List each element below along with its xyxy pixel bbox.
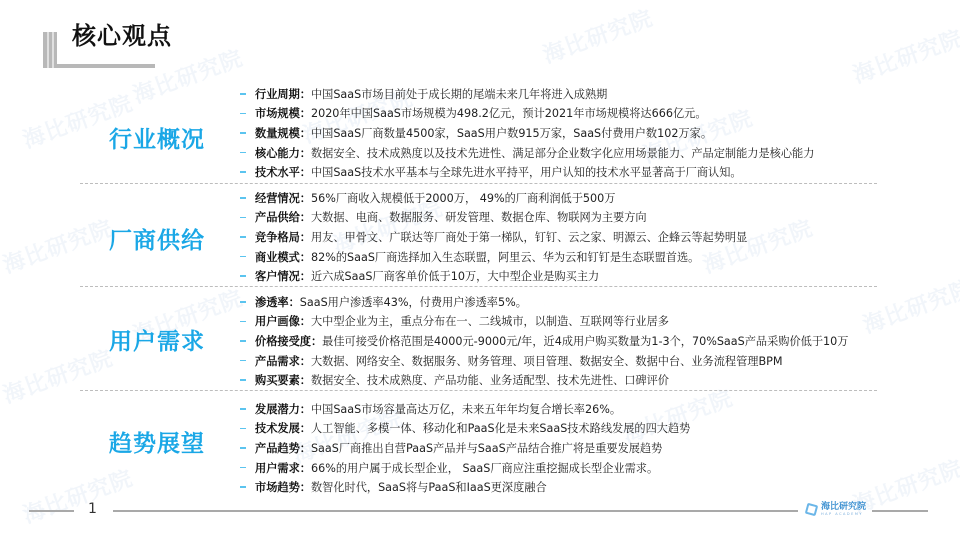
dash-bullet-icon (240, 379, 246, 381)
logo-cube-icon (805, 503, 818, 516)
watermark: 海比研究院 (858, 271, 960, 339)
bullet-list: 渗透率：SaaS用户渗透率43%，付费用户渗透率5%。 用户画像：大中型企业为主… (238, 292, 849, 390)
dash-bullet-icon (240, 132, 246, 134)
dash-bullet-icon (240, 340, 246, 342)
dash-bullet-icon (240, 152, 246, 154)
section-title: 用户需求 (102, 323, 212, 356)
list-item: 产品趋势： SaaS厂商推出自营PaaS产品并与SaaS产品结合推广将是重要发展… (238, 438, 690, 458)
list-item: 行业周期：中国SaaS市场目前处于成长期的尾端未来几年将进入成熟期 (238, 84, 814, 104)
dash-bullet-icon (240, 236, 246, 238)
bullet-list: 发展潜力：中国SaaS市场容量高达万亿，未来五年年均复合增长率26%。 技术发展… (238, 399, 690, 497)
list-item: 客户情况：近六成SaaS厂商客单价低于10万，大中型企业是购买主力 (238, 266, 747, 286)
list-item: 产品需求：大数据、网络安全、数据服务、财务管理、项目管理、数据安全、数据中台、业… (238, 351, 849, 371)
watermark: 海比研究院 (0, 211, 117, 279)
dashed-divider (80, 286, 877, 287)
list-item: 发展潜力：中国SaaS市场容量高达万亿，未来五年年均复合增长率26%。 (238, 399, 690, 419)
bullet-list: 行业周期：中国SaaS市场目前处于成长期的尾端未来几年将进入成熟期 市场规模： … (238, 84, 814, 182)
dash-bullet-icon (240, 217, 246, 219)
bullet-list: 经营情况： 56%厂商收入规模低于2000万， 49%的厂商利润低于500万 产… (238, 188, 747, 286)
list-item: 市场规模： 2020年中国SaaS市场规模为498.2亿元，预计2021年市场规… (238, 104, 814, 124)
list-item: 经营情况： 56%厂商收入规模低于2000万， 49%的厂商利润低于500万 (238, 188, 747, 208)
dash-bullet-icon (240, 275, 246, 277)
page-title: 核心观点 (72, 16, 172, 51)
list-item: 用户画像：大中型企业为主，重点分布在一、二线城市，以制造、互联网等行业居多 (238, 312, 849, 332)
dash-bullet-icon (240, 171, 246, 173)
list-item: 价格接受度： 最佳可接受价格范围是4000元-9000元/年，近4成用户购买数量… (238, 331, 849, 351)
watermark: 海比研究院 (18, 461, 137, 529)
list-item: 数量规模：中国SaaS厂商数量4500家，SaaS用户数915万家，SaaS付费… (238, 123, 814, 143)
list-item: 技术发展：人工智能、多模一体、移动化和PaaS化是未来SaaS技术路线发展的四大… (238, 419, 690, 439)
dash-bullet-icon (240, 428, 246, 430)
list-item: 渗透率：SaaS用户渗透率43%，付费用户渗透率5%。 (238, 292, 849, 312)
dash-bullet-icon (240, 447, 246, 449)
list-item: 竞争格局：用友、甲骨文、广联达等厂商处于第一梯队，钉钉、云之家、明源云、企蜂云等… (238, 227, 747, 247)
footer-line-right (872, 510, 928, 512)
list-item: 市场趋势：数智化时代，SaaS将与PaaS和IaaS更深度融合 (238, 477, 690, 497)
list-item: 技术水平：中国SaaS技术水平基本与全球先进水平持平，用户认知的技术水平显著高于… (238, 162, 814, 182)
list-item: 购买要素：数据安全、技术成熟度、产品功能、业务适配型、技术先进性、口碑评价 (238, 370, 849, 390)
logo-text-cn: 海比研究院 (821, 503, 866, 512)
dash-bullet-icon (240, 467, 246, 469)
section-title: 趋势展望 (102, 425, 212, 458)
logo-text-en: HAP ACADEMY (821, 513, 866, 517)
dash-bullet-icon (240, 321, 246, 323)
dash-bullet-icon (240, 486, 246, 488)
footer-line-left (29, 510, 74, 512)
dash-bullet-icon (240, 301, 246, 303)
list-item: 用户需求：66%的用户属于成长型企业， SaaS厂商应注重挖掘成长型企业需求。 (238, 458, 690, 478)
list-item: 商业模式： 82%的SaaS厂商选择加入生态联盟，阿里云、华为云和钉钉是生态联盟… (238, 247, 747, 267)
dash-bullet-icon (240, 93, 246, 95)
watermark: 海比研究院 (538, 1, 657, 69)
section-title: 行业概况 (102, 121, 212, 154)
dash-bullet-icon (240, 113, 246, 115)
list-item: 核心能力：数据安全、技术成熟度以及技术先进性、满足部分企业数字化应用场景能力、产… (238, 143, 814, 163)
watermark: 海比研究院 (0, 341, 117, 409)
footer-line-middle (113, 510, 798, 512)
dash-bullet-icon (240, 256, 246, 258)
dash-bullet-icon (240, 360, 246, 362)
footer-logo: 海比研究院 HAP ACADEMY (806, 503, 866, 517)
page-number: 1 (88, 501, 97, 517)
dash-bullet-icon (240, 197, 246, 199)
watermark: 海比研究院 (848, 21, 960, 89)
dashed-divider (80, 390, 877, 391)
dash-bullet-icon (240, 408, 246, 410)
dashed-divider (80, 183, 877, 184)
section-title: 厂商供给 (102, 222, 212, 255)
list-item: 产品供给：大数据、电商、数据服务、研发管理、数据仓库、物联网为主要方向 (238, 208, 747, 228)
